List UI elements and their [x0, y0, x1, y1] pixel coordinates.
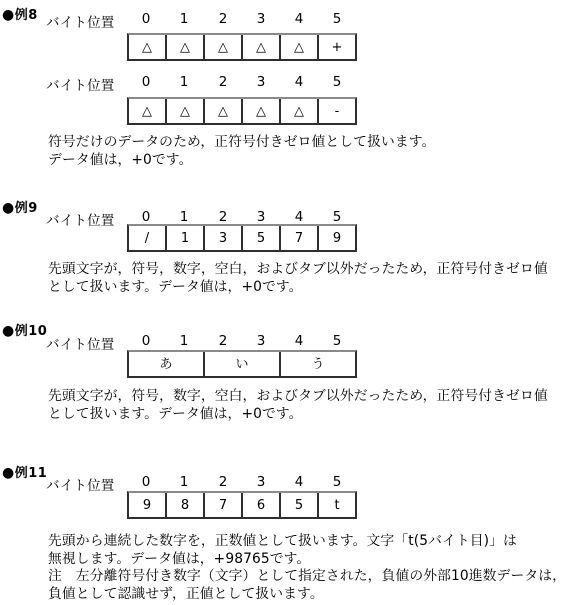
byte-table: あ い う	[127, 350, 357, 378]
byte-index: 3	[242, 209, 280, 225]
byte-index: 4	[280, 74, 318, 90]
byte-cell: 1	[165, 226, 203, 250]
byte-index: 3	[242, 474, 280, 490]
byte-index: 1	[165, 11, 203, 27]
byte-index: 1	[165, 474, 203, 490]
byte-cell: 3	[203, 226, 241, 250]
byte-index: 0	[127, 209, 165, 225]
byte-cell: △	[129, 35, 165, 59]
description-line: 先頭文字が，符号，数字，空白，およびタブ以外だったため，正符号付きゼロ値	[48, 389, 573, 404]
byte-position-label: バイト位置	[46, 333, 115, 353]
description-line: として扱います。データ値は，+0です。	[48, 407, 573, 422]
byte-index: 4	[280, 11, 318, 27]
description-line: 注 左分離符号付き数字（文字）として指定された，負値の外部10進数データは，	[48, 569, 573, 584]
description-line: 先頭文字が，符号，数字，空白，およびタブ以外だったため，正符号付きゼロ値	[48, 262, 573, 277]
byte-table: / 1 3 5 7 9	[127, 224, 357, 252]
byte-index: 0	[127, 474, 165, 490]
byte-cell: △	[165, 99, 203, 123]
byte-table: △ △ △ △ △ -	[127, 97, 357, 125]
byte-cell: △	[279, 99, 317, 123]
byte-cell: +	[317, 35, 355, 59]
byte-index: 2	[204, 74, 242, 90]
byte-cell: 9	[317, 226, 355, 250]
byte-index: 1	[165, 333, 203, 349]
byte-index: 3	[242, 11, 280, 27]
byte-cell: 5	[279, 493, 317, 517]
byte-cell: △	[203, 35, 241, 59]
byte-position-header: バイト位置 0 1 2 3 4 5	[0, 474, 581, 489]
byte-cell: t	[317, 493, 355, 517]
byte-position-label: バイト位置	[46, 474, 115, 494]
byte-index: 0	[127, 333, 165, 349]
byte-index: 1	[165, 74, 203, 90]
byte-cell: あ	[129, 352, 203, 376]
byte-cell: 8	[165, 493, 203, 517]
byte-cell: 5	[241, 226, 279, 250]
byte-index: 3	[242, 74, 280, 90]
byte-position-label: バイト位置	[46, 209, 115, 229]
byte-index: 5	[318, 209, 356, 225]
byte-index: 0	[127, 11, 165, 27]
description-line: 無視します。データ値は，+98765です。	[48, 552, 573, 567]
byte-cell: い	[203, 352, 279, 376]
byte-position-header: バイト位置 0 1 2 3 4 5	[0, 11, 581, 26]
manual-page: ●例8 バイト位置 0 1 2 3 4 5 △ △ △ △ △ + バイト位置 …	[0, 0, 581, 605]
byte-cell: △	[241, 35, 279, 59]
byte-cell: う	[279, 352, 355, 376]
byte-index: 4	[280, 209, 318, 225]
byte-index: 5	[318, 474, 356, 490]
byte-index: 2	[204, 474, 242, 490]
byte-position-label: バイト位置	[46, 11, 115, 31]
description-line: データ値は，+0です。	[48, 153, 573, 168]
byte-table: 9 8 7 6 5 t	[127, 491, 357, 519]
byte-index: 5	[318, 74, 356, 90]
byte-cell: △	[165, 35, 203, 59]
byte-cell: 9	[129, 493, 165, 517]
byte-table: △ △ △ △ △ +	[127, 33, 357, 61]
byte-index: 4	[280, 333, 318, 349]
byte-index: 1	[165, 209, 203, 225]
byte-cell: △	[279, 35, 317, 59]
byte-index: 0	[127, 74, 165, 90]
description-line: として扱います。データ値は，+0です。	[48, 280, 573, 295]
description-line: 符号だけのデータのため，正符号付きゼロ値として扱います。	[48, 135, 573, 150]
byte-index: 3	[242, 333, 280, 349]
byte-cell: 7	[203, 493, 241, 517]
byte-cell: △	[129, 99, 165, 123]
byte-position-label: バイト位置	[46, 74, 115, 94]
byte-index: 5	[318, 11, 356, 27]
byte-cell: 6	[241, 493, 279, 517]
byte-cell: 7	[279, 226, 317, 250]
byte-position-header: バイト位置 0 1 2 3 4 5	[0, 209, 581, 224]
byte-position-header: バイト位置 0 1 2 3 4 5	[0, 74, 581, 89]
byte-index: 5	[318, 333, 356, 349]
byte-index: 2	[204, 333, 242, 349]
byte-cell: -	[317, 99, 355, 123]
description-line: 先頭から連続した数字を，正数値として扱います。文字「t(5バイト目)」は	[48, 534, 573, 549]
description-line: 負値として認識せず，正値として扱います。	[48, 587, 573, 602]
byte-index: 2	[204, 209, 242, 225]
byte-position-header: バイト位置 0 1 2 3 4 5	[0, 333, 581, 348]
byte-cell: △	[241, 99, 279, 123]
byte-cell: /	[129, 226, 165, 250]
byte-index: 2	[204, 11, 242, 27]
byte-index: 4	[280, 474, 318, 490]
byte-cell: △	[203, 99, 241, 123]
